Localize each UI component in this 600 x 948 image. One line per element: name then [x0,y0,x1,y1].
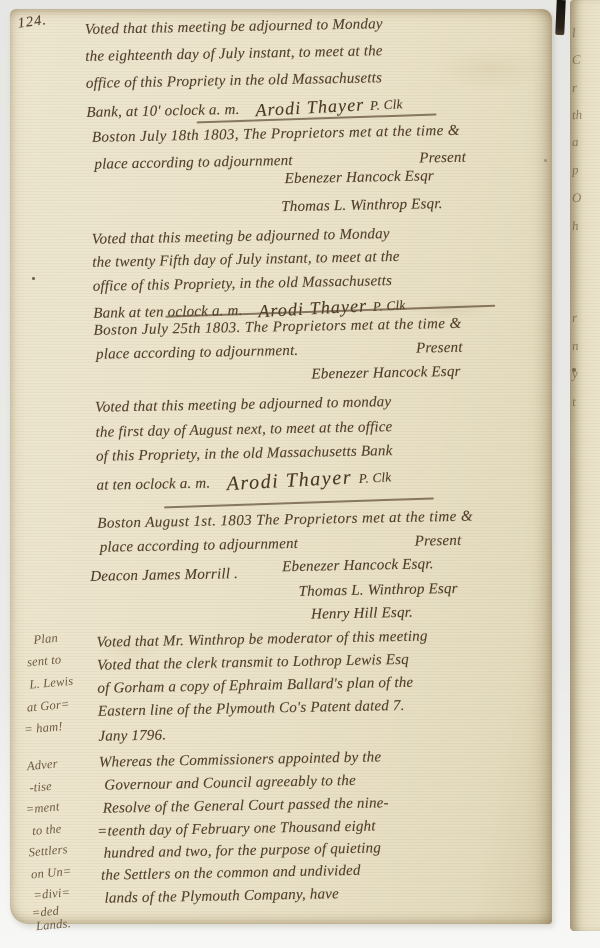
next-page-text-fragment: C [571,52,581,69]
vote-line: Voted that this meeting be adjourned to … [95,395,391,416]
vote-line: Voted that the clerk transmit to Lothrop… [97,653,409,674]
vote-line-text: Bank at ten oclock a. m. [93,303,243,322]
vote-line: Jany 1796. [98,728,166,744]
margin-note-line: Adver [26,757,58,775]
attendee-name: Henry Hill Esqr. [311,606,413,623]
binding-bookmark [555,0,566,35]
next-page-text-fragment: l [571,25,576,41]
signature-title: P. Clk [358,469,391,486]
margin-note-line: sent to [26,652,62,670]
place-line-text: place according to adjournment. [96,343,299,363]
page-number: 124. [17,13,48,31]
whereas-line: =teenth day of February one Thousand eig… [97,819,376,839]
signature-title: P. Clk [370,96,403,113]
vote-line: the twenty Fifth day of July instant, to… [92,250,400,271]
ink-speck [572,368,576,372]
margin-note-line: Lands. [35,916,71,934]
attendee-name: Ebenezer Hancock Esqr [285,169,434,187]
clerk-signature: Arodi Thayer P. Clk [226,465,392,494]
next-page-text-fragment: p [571,162,579,178]
place-line-text: place according to adjournment [94,153,293,173]
vote-line: Voted that Mr. Winthrop be moderator of … [96,629,427,650]
vote-line: of Gorham a copy of Ephraim Ballard's pl… [97,676,413,697]
meeting-place-line: place according to adjournmentPresent [100,533,520,556]
margin-note-line: Settlers [28,842,68,860]
vote-line: Voted that this meeting be adjourned to … [85,17,383,38]
margin-note-line: to the [32,822,63,840]
vote-line: the first day of August next, to meet at… [95,420,392,441]
next-page-text-fragment: r [571,80,577,96]
whereas-line: the Settlers on the common and undivided [101,864,361,884]
margin-note-line: =divi= [33,885,71,903]
attendee-name: Thomas L. Winthrop Esqr. [281,197,443,215]
present-label: Present [415,534,462,550]
next-page-text-fragment: r [571,310,577,326]
ink-speck [32,277,35,280]
next-page-text-fragment: O [571,190,581,207]
present-label: Present [416,341,463,357]
vote-line: office of this Propriety, in the old Mas… [93,274,393,295]
next-page-text-fragment: t [571,394,576,410]
vote-line: office of this Propriety in the old Mass… [86,71,383,92]
vote-line: at ten oclock a. m.Arodi Thayer P. Clk [96,468,391,494]
vote-line: of this Propriety, in the old Massachuse… [96,444,393,465]
ink-speck [544,159,547,162]
signature-name: Arodi Thayer [226,466,353,495]
margin-note-line: on Un= [30,864,72,883]
next-page-edge: l C r th a p O h r n y t [570,0,600,931]
next-page-text-fragment: a [571,134,579,150]
vote-line: Eastern line of the Plymouth Co's Patent… [98,699,405,720]
meeting-dateline: Boston August 1st. 1803 The Proprietors … [97,510,473,532]
place-line-text: place according to adjournment [100,536,299,556]
handwriting-layer: 124. Voted that this meeting be adjourne… [9,0,568,925]
attendee-name: Thomas L. Winthrop Esqr [299,582,458,600]
present-label: Present [419,151,466,167]
signature-title: P. Clk [373,297,406,314]
margin-note-line: -tise [29,779,53,796]
whereas-line: hundred and two, for the purpose of quie… [104,841,382,861]
meeting-place-line: place according to adjournment.Present [96,340,516,363]
margin-note-line: = ham! [24,719,64,737]
attendee-name: Ebenezer Hancock Esqr. [282,557,434,575]
vote-line: Voted that this meeting be adjourned to … [92,227,390,248]
vote-line: the eighteenth day of July instant, to m… [85,44,383,65]
manuscript-page: 124. Voted that this meeting be adjourne… [10,9,552,924]
meeting-dateline: Boston July 18th 1803, The Proprietors m… [92,124,460,146]
next-page-text-fragment: h [571,218,579,234]
margin-note-line: Plan [33,631,59,648]
meeting-place-line: place according to adjournmentPresent [94,150,514,173]
margin-note-line: L. Lewis [29,674,74,693]
whereas-line: Resolve of the General Court passed the … [103,796,389,816]
whereas-line: Whereas the Commissioners appointed by t… [99,750,382,770]
next-page-text-fragment: th [571,107,582,124]
vote-line-text: Bank, at 10' oclock a. m. [86,102,239,121]
margin-note-line: at Gor= [26,697,70,716]
entry-divider [164,497,434,508]
whereas-line: Governour and Council agreeably to the [104,774,356,794]
attendee-name: Deacon James Morrill . [90,567,238,585]
vote-line-text: at ten oclock a. m. [96,476,210,494]
attendee-name: Ebenezer Hancock Esqr [311,365,460,383]
next-page-text-fragment: n [571,338,579,354]
manuscript-scan: l C r th a p O h r n y t 124. Voted that… [0,0,600,948]
margin-note-line: =ment [25,799,60,817]
whereas-line: lands of the Plymouth Company, have [104,887,339,906]
